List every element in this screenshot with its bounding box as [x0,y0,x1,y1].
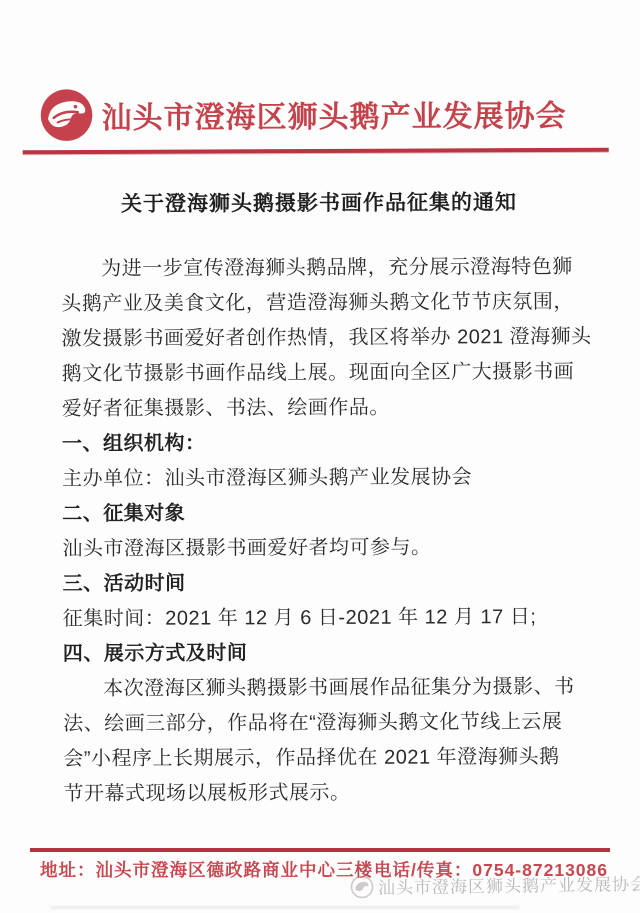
section-heading-1: 一、组织机构： [62,425,584,462]
letterhead: 汕头市澄海区狮头鹅产业发展协会 [38,85,610,143]
section-line: 节开幕式现场以展板形式展示。 [63,775,585,812]
doc-title: 关于澄海狮头鹅摄影书画作品征集的通知 [0,186,639,219]
scanned-notice-page: 汕头市澄海区狮头鹅产业发展协会 关于澄海狮头鹅摄影书画作品征集的通知 为进一步宣… [0,0,640,913]
intro-line: 激发摄影书画爱好者创作热情，我区将举办 2021 澄海狮头 [61,320,583,357]
section-line: 本次澄海区狮头鹅摄影书画展作品征集分为摄影、书 [63,670,585,707]
intro-line: 为进一步宣传澄海狮头鹅品牌，充分展示澄海特色狮 [61,250,583,287]
intro-line: 鹅文化节摄影书画作品线上展。现面向全区广大摄影书画 [62,355,584,392]
section-line: 征集时间：2021 年 12 月 6 日-2021 年 12 月 17 日; [63,600,585,637]
scan-artifact [50,906,520,909]
section-line: 会”小程序上长期展示，作品择优在 2021 年澄海狮头鹅 [63,740,585,777]
section-line: 汕头市澄海区摄影书画爱好者均可参与。 [62,530,584,567]
letterhead-rule [23,148,609,155]
footer: 地址：汕头市澄海区德政路商业中心三楼 电话/传真：0754-87213086 [40,857,608,882]
section-line: 主办单位：汕头市澄海区狮头鹅产业发展协会 [62,460,584,497]
section-line: 法、绘画三部分，作品将在“澄海狮头鹅文化节线上云展 [63,705,585,742]
section-heading-3: 三、活动时间 [63,565,585,602]
footer-phone: 电话/传真：0754-87213086 [374,857,608,882]
intro-line: 头鹅产业及美食文化，营造澄海狮头鹅文化节节庆氛围， [61,285,583,322]
footer-rule [30,848,610,852]
document-sheet: 汕头市澄海区狮头鹅产业发展协会 关于澄海狮头鹅摄影书画作品征集的通知 为进一步宣… [0,85,640,813]
intro-line: 爱好者征集摄影、书法、绘画作品。 [62,390,584,427]
footer-address: 地址：汕头市澄海区德政路商业中心三楼 [40,857,373,882]
goose-emblem-icon [38,87,94,143]
org-name: 汕头市澄海区狮头鹅产业发展协会 [101,91,566,137]
section-heading-4: 四、展示方式及时间 [63,635,585,672]
section-heading-2: 二、征集对象 [62,495,584,532]
doc-body: 为进一步宣传澄海狮头鹅品牌，充分展示澄海特色狮 头鹅产业及美食文化，营造澄海狮头… [61,250,585,812]
